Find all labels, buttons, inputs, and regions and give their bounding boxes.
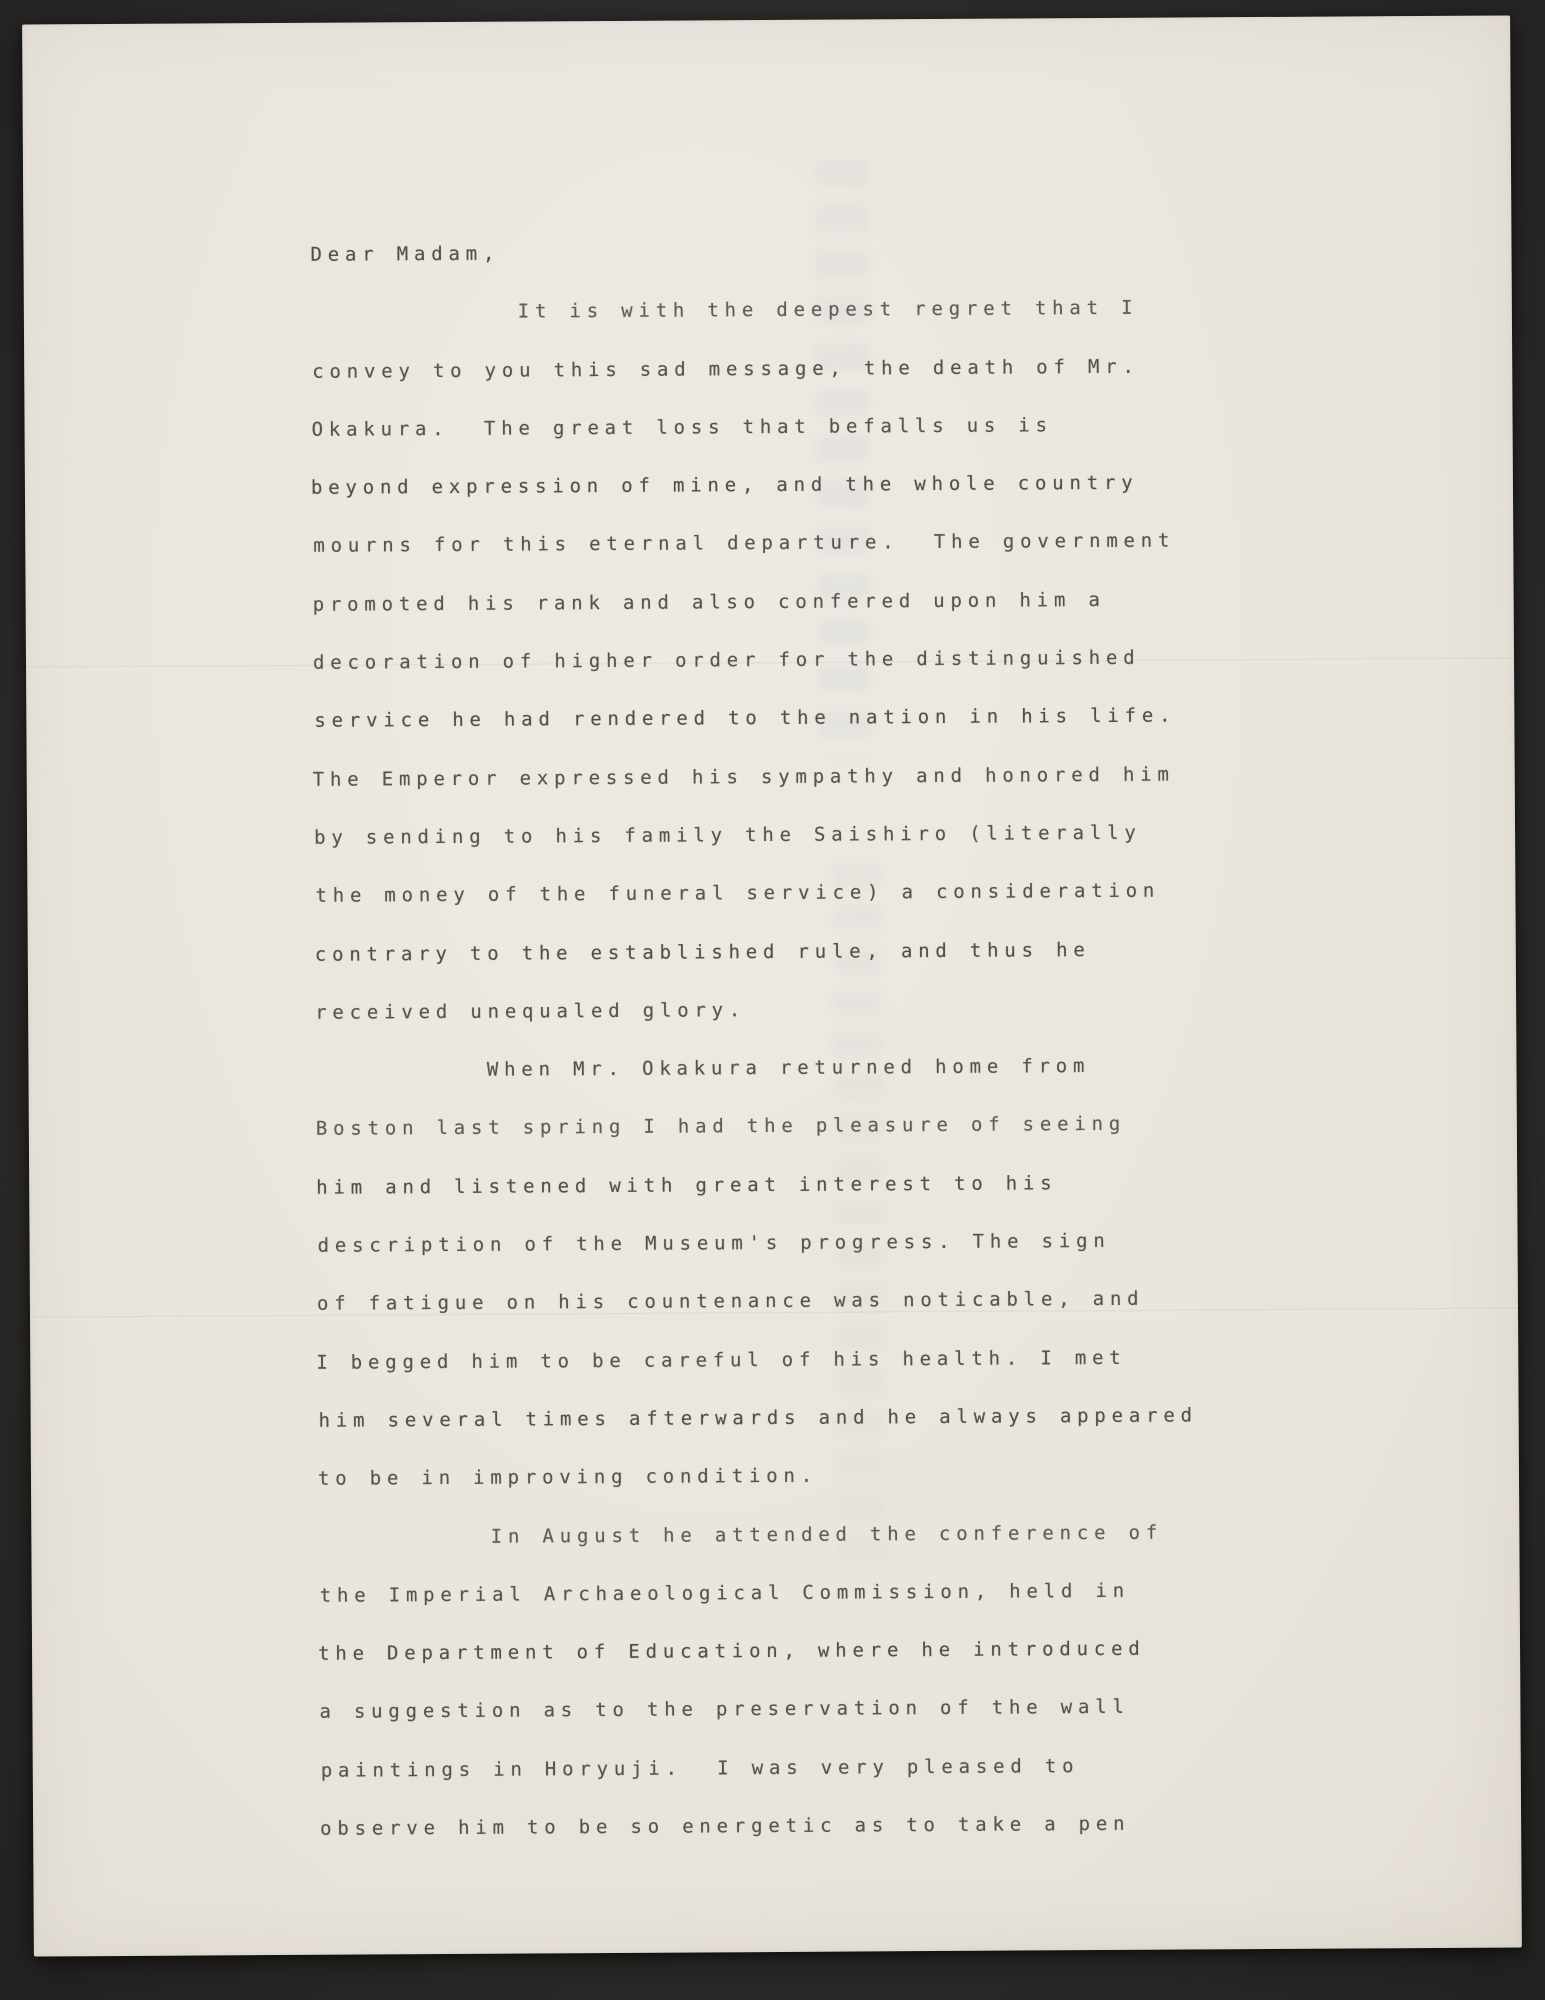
letter-line: by sending to his family the Saishiro (l… bbox=[314, 803, 1314, 867]
letter-line: of fatigue on his countenance was notica… bbox=[317, 1269, 1317, 1333]
letter-line: him and listened with great interest to … bbox=[316, 1152, 1316, 1216]
letter-line: observe him to be so energetic as to tak… bbox=[320, 1794, 1320, 1858]
letter-line: I begged him to be careful of his health… bbox=[316, 1327, 1316, 1391]
letter-line: a suggestion as to the preservation of t… bbox=[319, 1677, 1319, 1741]
letter-line: convey to you this sad message, the deat… bbox=[312, 336, 1312, 400]
letter-line: the Department of Education, where he in… bbox=[318, 1619, 1318, 1683]
letter-line: Dear Madam, bbox=[310, 220, 1310, 284]
letter-line: him several times afterwards and he alwa… bbox=[318, 1386, 1318, 1450]
letter-line: paintings in Horyuji. I was very pleased… bbox=[321, 1735, 1321, 1799]
letter-line: When Mr. Okakura returned home from bbox=[314, 1036, 1314, 1100]
letter-line: service he had rendered to the nation in… bbox=[314, 686, 1314, 750]
scan-background: Dear Madam, It is with the deepest regre… bbox=[0, 0, 1545, 2000]
letter-line: promoted his rank and also confered upon… bbox=[312, 569, 1312, 633]
letter-line: It is with the deepest regret that I bbox=[311, 278, 1311, 342]
letter-line: The Emperor expressed his sympathy and h… bbox=[313, 744, 1313, 808]
letter-line: contrary to the established rule, and th… bbox=[315, 919, 1315, 983]
letter-line: to be in improving condition. bbox=[318, 1444, 1318, 1508]
letter-line: description of the Museum's progress. Th… bbox=[317, 1211, 1317, 1275]
letter-page: Dear Madam, It is with the deepest regre… bbox=[22, 15, 1522, 1956]
letter-text: Dear Madam, It is with the deepest regre… bbox=[310, 220, 1320, 1858]
letter-line: beyond expression of mine, and the whole… bbox=[311, 453, 1311, 517]
letter-line: received unequaled glory. bbox=[315, 978, 1315, 1042]
letter-line: the Imperial Archaeological Commission, … bbox=[320, 1560, 1320, 1624]
letter-line: Okakura. The great loss that befalls us … bbox=[311, 395, 1311, 459]
letter-line: the money of the funeral service) a cons… bbox=[315, 861, 1315, 925]
letter-line: decoration of higher order for the disti… bbox=[313, 628, 1313, 692]
letter-line: In August he attended the conference of bbox=[318, 1502, 1318, 1566]
letter-line: mourns for this eternal departure. The g… bbox=[313, 511, 1313, 575]
letter-line: Boston last spring I had the pleasure of… bbox=[316, 1094, 1316, 1158]
